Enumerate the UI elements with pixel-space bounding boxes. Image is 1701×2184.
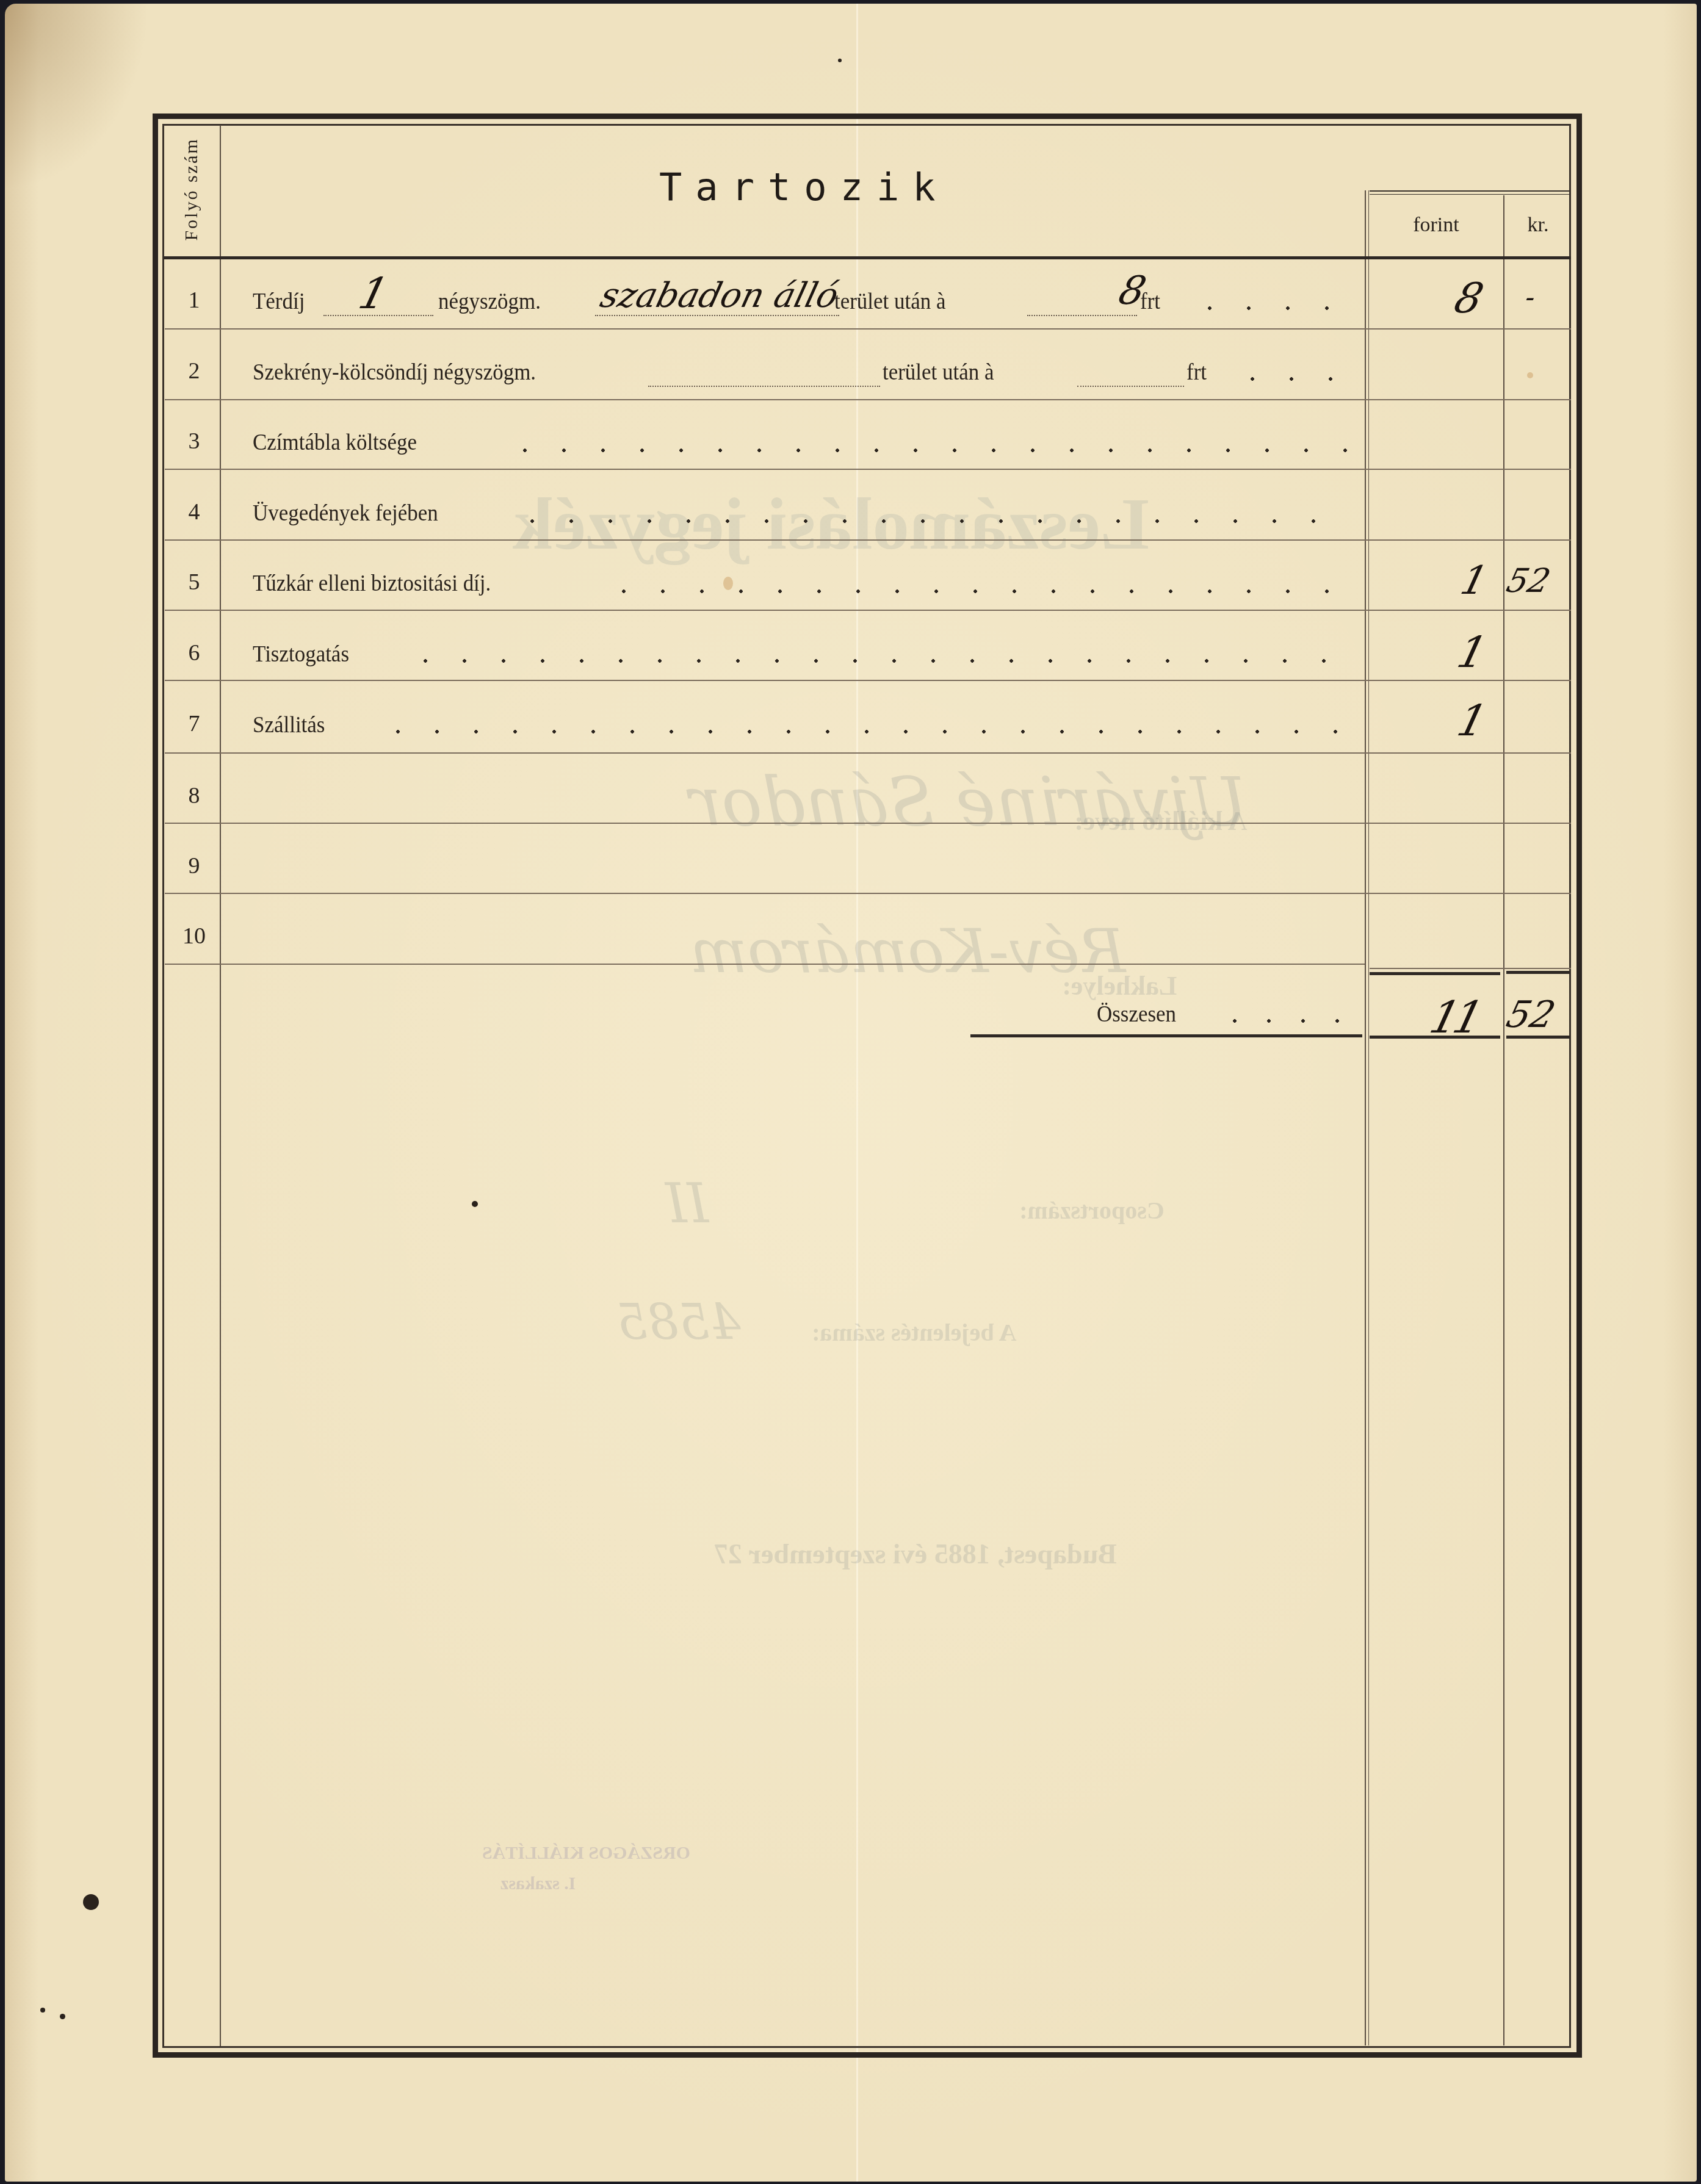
row-number: 2 (170, 358, 218, 384)
row-number: 8 (170, 782, 218, 809)
row-number: 9 (170, 852, 218, 879)
row-separator (165, 680, 1571, 681)
ink-spot (83, 1894, 99, 1910)
row-label: Üvegedények fejében (253, 500, 438, 527)
page-title: Tartozik (659, 165, 949, 209)
fill-line-area (648, 386, 880, 387)
total-bottom-rule-kr (1506, 1036, 1570, 1039)
row-separator (165, 610, 1571, 611)
total-label: Összesen (1097, 1001, 1176, 1028)
amount-header-top-line-2 (1370, 194, 1571, 195)
handwritten-description[interactable]: szabadon álló (596, 276, 842, 315)
ink-spot (838, 59, 842, 62)
row-separator (165, 893, 1571, 894)
total-underline (970, 1034, 1362, 1037)
leader-dots (493, 447, 1348, 453)
row-label-part: terület után à (883, 359, 994, 386)
row-separator (165, 469, 1571, 470)
row-separator (165, 752, 1571, 754)
leader-dots (1233, 376, 1355, 382)
foxing-stain (723, 577, 733, 590)
row-separator (165, 823, 1571, 824)
ink-spot (40, 2008, 45, 2013)
row-label-part: négyszögm. (438, 288, 541, 315)
total-bottom-rule-forint (1370, 1036, 1500, 1039)
row-separator (165, 399, 1571, 400)
leader-dots (1190, 305, 1349, 311)
table-inner-border (162, 124, 1571, 2048)
row-label: Szállitás (253, 712, 325, 738)
row-number: 3 (170, 428, 218, 455)
row-number: 4 (170, 499, 218, 525)
leader-dots (604, 588, 1349, 594)
leader-dots (1218, 1018, 1352, 1024)
row-label-part: Szekrény-kölcsöndíj négyszögm. (253, 359, 536, 386)
total-top-rule-kr (1506, 971, 1570, 974)
ink-spot (60, 2014, 65, 2019)
total-top-rule-forint (1370, 972, 1500, 975)
row-label: Czímtábla költsége (253, 429, 417, 456)
forint-column-header: forint (1370, 214, 1503, 237)
row-label-part: frt (1186, 359, 1207, 386)
fill-line-rate (1027, 315, 1137, 316)
row-label: Tűzkár elleni biztositási díj. (253, 570, 491, 597)
row-number-column-divider (220, 125, 221, 2046)
row-separator (165, 328, 1571, 330)
row-label-part: frt (1140, 288, 1160, 315)
row-separator (1370, 968, 1571, 969)
kr-column-divider (1503, 195, 1504, 2045)
row-separator (165, 539, 1571, 541)
row-separator (165, 964, 1365, 965)
row-number-header-label: Folyó szám (181, 137, 202, 240)
row-label-part: terület után à (834, 288, 945, 315)
header-bottom-rule (164, 256, 1571, 259)
kr-column-header: kr. (1505, 214, 1571, 237)
row-number: 7 (170, 710, 218, 737)
foxing-stain (1527, 372, 1533, 378)
leader-dots (513, 518, 1349, 524)
row-label: Tisztogatás (253, 641, 349, 668)
row-number-header: Folyó szám (165, 125, 218, 253)
leader-dots (378, 729, 1349, 735)
row-number: 10 (170, 923, 218, 950)
row-number: 5 (170, 569, 218, 596)
row-number: 1 (170, 287, 218, 314)
row-number: 6 (170, 640, 218, 666)
ink-spot (472, 1201, 478, 1207)
fill-line-rate (1077, 386, 1184, 387)
row-label-part: Térdíj (253, 288, 305, 315)
leader-dots (406, 658, 1349, 664)
amount-header-top-line (1370, 190, 1571, 192)
